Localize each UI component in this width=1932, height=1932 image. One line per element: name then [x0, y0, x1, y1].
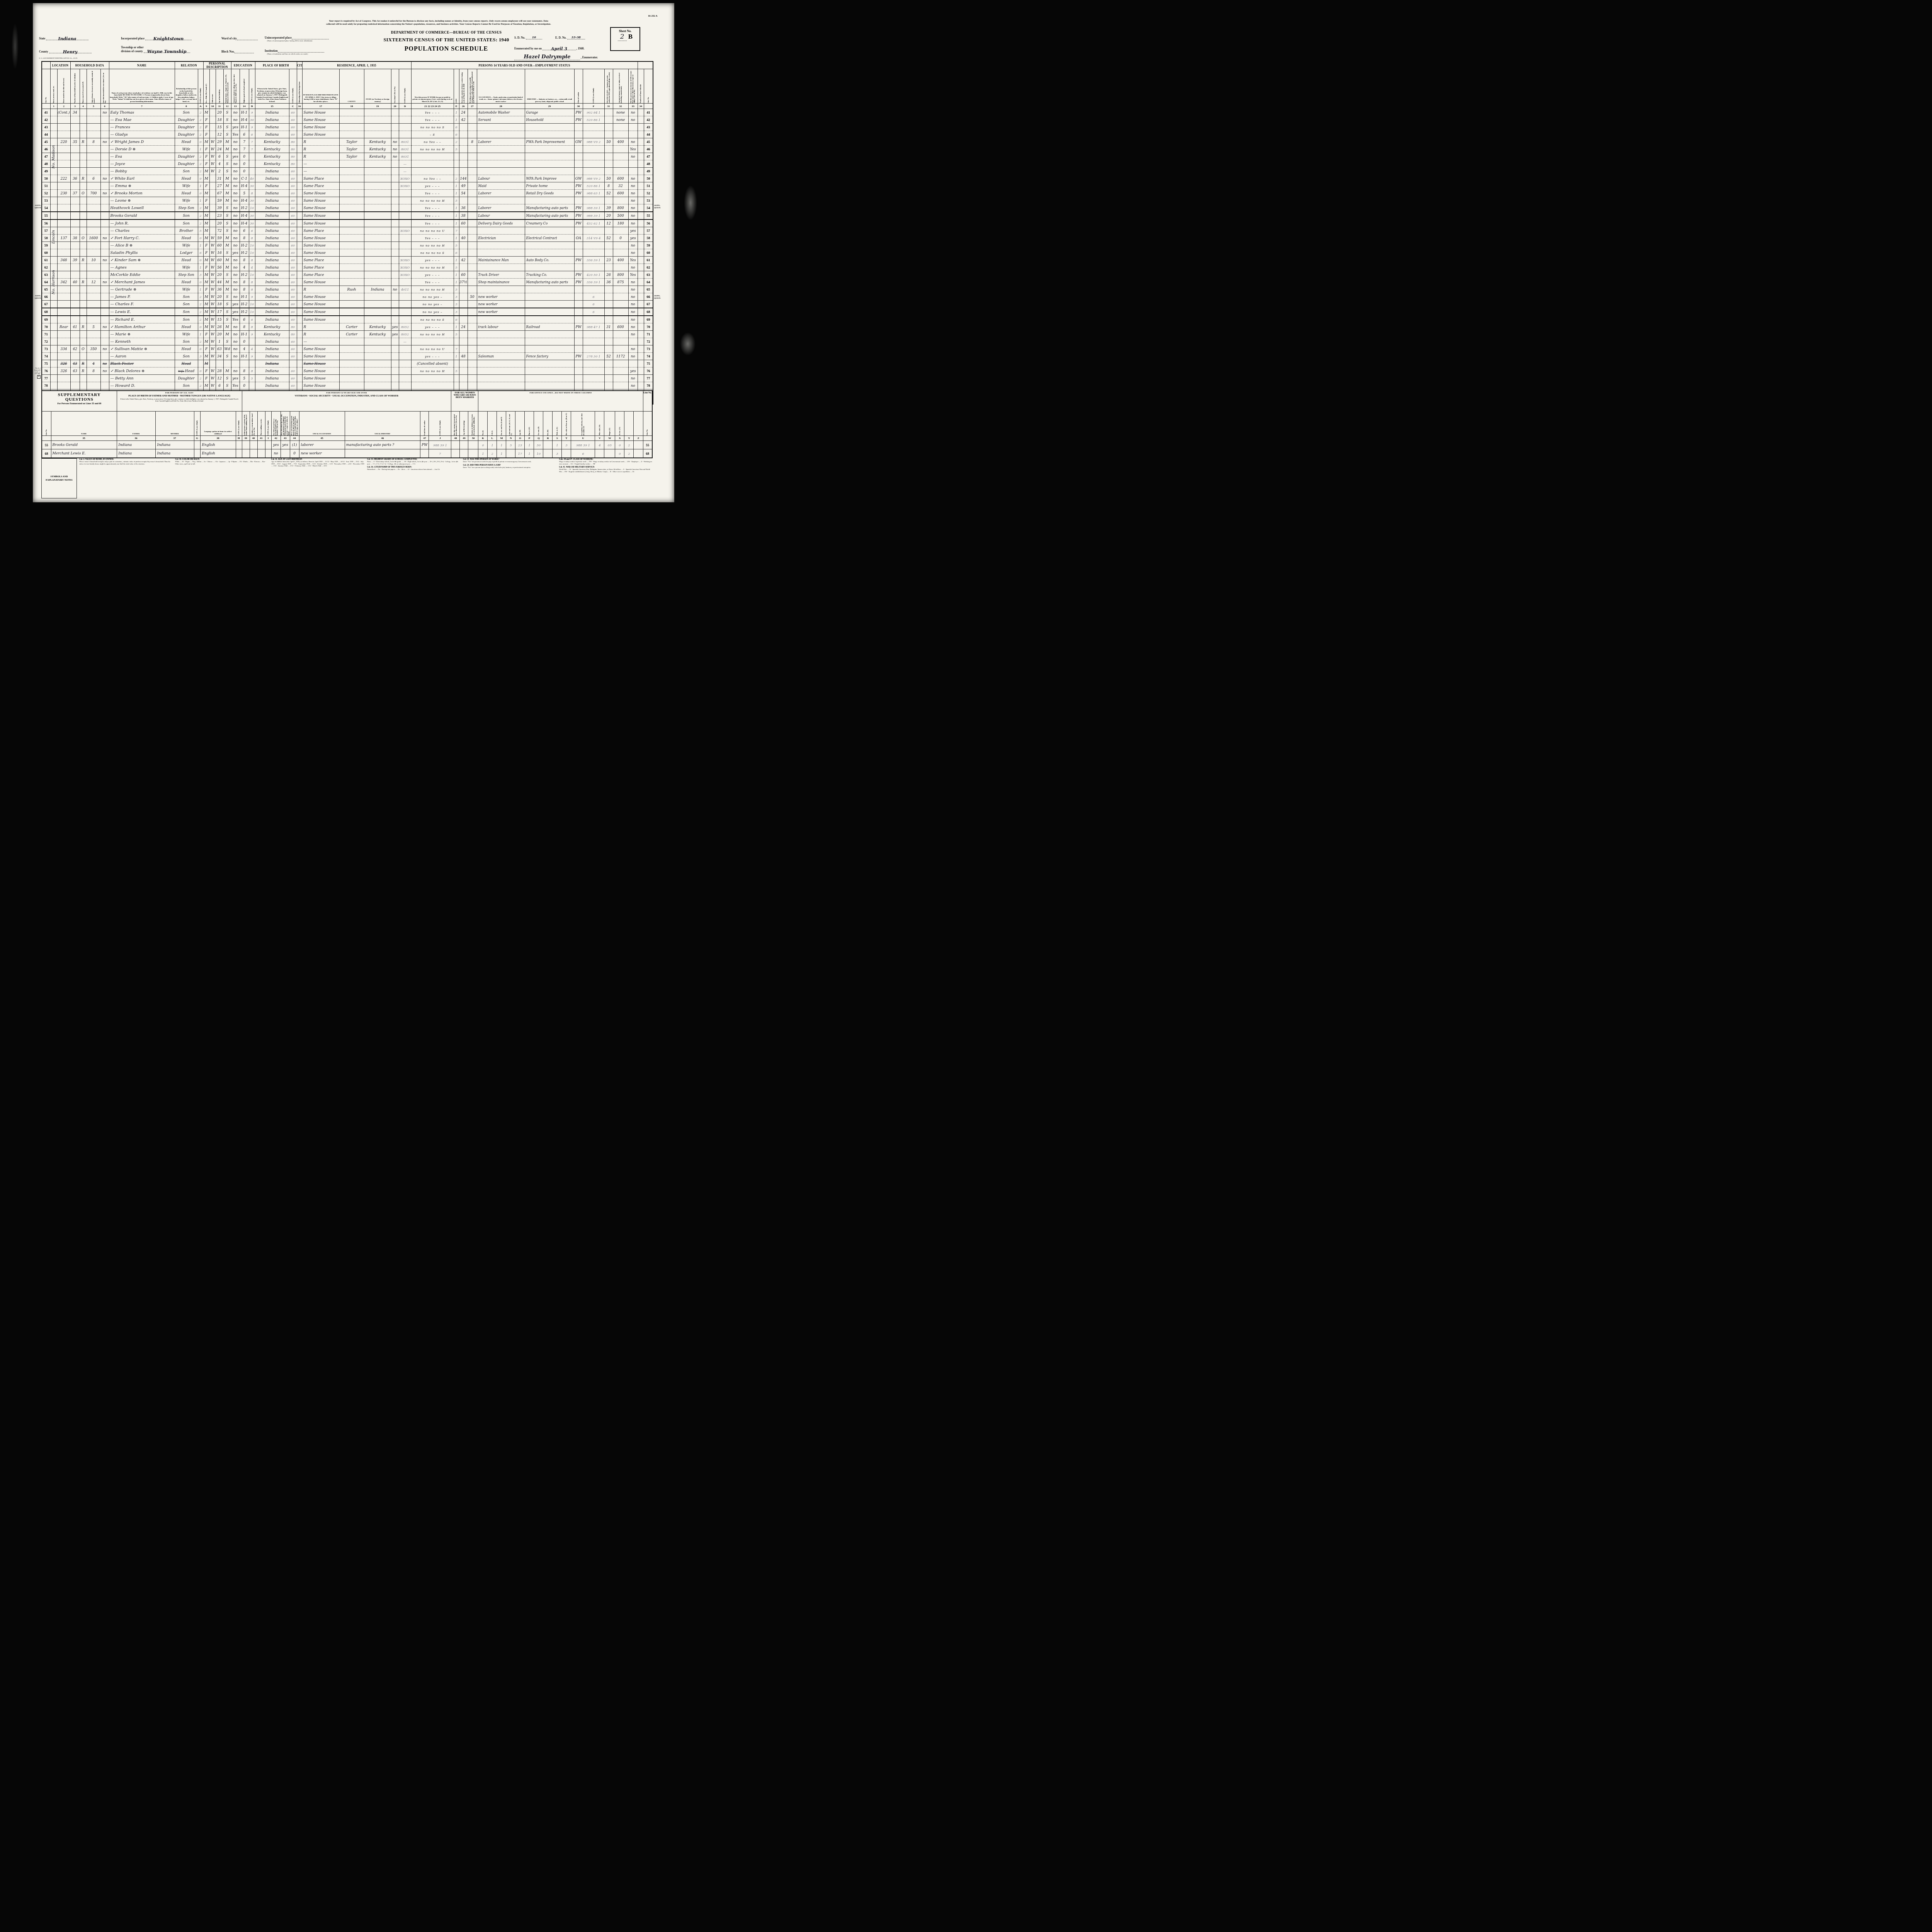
cell-f: [100, 249, 109, 257]
cell-lnr: 56: [644, 219, 653, 227]
cell-oi: [628, 160, 638, 168]
cell-ec: 1: [454, 353, 459, 360]
cell-m: S: [223, 271, 231, 279]
column-number: 29: [525, 104, 574, 109]
cell-age: 27: [216, 182, 223, 190]
cell-ind: [525, 375, 574, 382]
cell-r: W: [209, 279, 216, 286]
cell-rst: [364, 212, 391, 219]
column-number: 15: [255, 104, 289, 109]
supp-row: 68Merchant Lewis E.IndianaIndianaEnglish…: [42, 449, 652, 458]
cell-ind: [525, 227, 574, 235]
cell-grc: 8: [249, 286, 255, 293]
cell-fs: [638, 345, 644, 353]
cell-fs: [638, 316, 644, 323]
supp-column-number: U: [571, 436, 595, 441]
supp-column-label: If so, were deductions made from (1) all…: [290, 412, 299, 436]
cell-oi: no: [628, 190, 638, 197]
cell-v: [87, 182, 100, 190]
cell-ec: [454, 168, 459, 175]
cell-sx: M: [203, 323, 209, 331]
cell-name: Brooks Gerald: [109, 212, 175, 219]
cell-ln: 58: [42, 235, 50, 242]
column-number: [644, 104, 653, 109]
cell-cl: [574, 264, 583, 271]
cell-hh: 41: [70, 323, 80, 331]
cell-ln: 59: [42, 242, 50, 249]
cell-gr: 0: [240, 382, 249, 389]
cell-cl: [574, 146, 583, 153]
cell-cit: [297, 138, 302, 146]
cell-rcd: [399, 353, 411, 360]
cell-f: no: [100, 360, 109, 367]
cell-rco: [339, 367, 364, 375]
cell-cf: [583, 316, 604, 323]
cell-bpc: 60: [289, 293, 297, 301]
cell-name: ✓ Brooks Morton: [109, 190, 175, 197]
column-number: 34: [638, 104, 644, 109]
cell-age: 28: [216, 367, 223, 375]
supp-cell-V: [595, 449, 604, 458]
cell-oc: [477, 227, 525, 235]
cell-oc: [477, 331, 525, 338]
cell-mk: Yes – – –: [411, 109, 454, 116]
supp-column-label: Is this person a veteran of the United S…: [242, 412, 250, 436]
column-label-mk: Was this person AT WORK for pay or profi…: [411, 69, 454, 104]
table-row: 42— Eva MaeDaughter2F18SnoH-430Indiana60…: [42, 116, 653, 124]
cell-m: M: [223, 190, 231, 197]
column-group: PLACE OF BIRTH: [255, 61, 297, 69]
cell-cf: [583, 331, 604, 338]
cell-r: [209, 197, 216, 204]
cell-st: [50, 353, 57, 360]
cell-age: 2: [216, 168, 223, 175]
cell-ln: 71: [42, 331, 50, 338]
cell-fs: [638, 293, 644, 301]
cell-rc: 2: [198, 131, 203, 138]
supp-column-number: Q: [534, 436, 543, 441]
cell-v: [87, 204, 100, 212]
cell-rcd: [399, 242, 411, 249]
cell-oi: no: [628, 293, 638, 301]
cell-bpc: 60: [289, 279, 297, 286]
cell-rf: [391, 271, 399, 279]
cell-oc: [477, 375, 525, 382]
cell-ind: Creamery Co: [525, 219, 574, 227]
cell-age: 24: [216, 146, 223, 153]
cell-r: [209, 219, 216, 227]
cell-fs: [638, 160, 644, 168]
cell-name: — Gladys: [109, 131, 175, 138]
cell-wg: [613, 242, 628, 249]
cell-cf: [583, 286, 604, 293]
cell-grc: 40: [249, 175, 255, 182]
cell-age: 56: [216, 264, 223, 271]
cell-cl: [574, 293, 583, 301]
cell-rcd: 8031: [399, 146, 411, 153]
cell-sch: no: [231, 219, 240, 227]
cell-r: W: [209, 301, 216, 308]
cell-cit: [297, 116, 302, 124]
cell-rco: Taylor: [339, 153, 364, 160]
cell-sx: M: [203, 175, 209, 182]
suppl-quest-tag: SUPPL. QUEST.: [33, 295, 41, 299]
cell-lnr: 55: [644, 212, 653, 219]
cell-rc: 0: [198, 345, 203, 353]
column-label-h: House number (in cities and towns): [57, 69, 70, 104]
column-number: 31: [604, 104, 613, 109]
cell-t: R: [80, 257, 87, 264]
cell-rel: Son: [175, 301, 198, 308]
street-name: No. Madison: [50, 136, 57, 178]
cell-age: 60: [216, 257, 223, 264]
cell-rc: 1: [198, 264, 203, 271]
cell-rco: [339, 293, 364, 301]
cell-gr: 6: [240, 316, 249, 323]
cell-du: [468, 219, 477, 227]
cell-ind: [525, 124, 574, 131]
cell-rel: Wife: [175, 331, 198, 338]
cell-du: 8: [468, 138, 477, 146]
cell-hr: [459, 249, 468, 257]
cell-sx: F: [203, 345, 209, 353]
cell-h: Rear: [57, 323, 70, 331]
cell-sch: no: [231, 242, 240, 249]
cell-grc: 6: [249, 131, 255, 138]
cell-t: [80, 146, 87, 153]
cell-hr: [459, 360, 468, 367]
cell-oi: no: [628, 301, 638, 308]
cell-du: [468, 146, 477, 153]
cell-rst: [364, 338, 391, 345]
supp-cell-cls: [420, 449, 429, 458]
cell-bp: Indiana: [255, 382, 289, 389]
cell-wk: [604, 293, 613, 301]
column-label-gr: Highest grade of school completed: [240, 69, 249, 104]
note-block: Col. 21. WAS THIS PERSON AT WORK?Enter “…: [463, 458, 556, 463]
column-label-cit: Citizenship of the foreign born: [297, 69, 302, 104]
cell-h: [57, 271, 70, 279]
supp-column-label: Ten (4): [478, 412, 488, 436]
cell-hr: 144: [459, 175, 468, 182]
cell-cit: [297, 249, 302, 257]
cell-cl: [574, 124, 583, 131]
cell-m: M: [223, 242, 231, 249]
cell-ln: 64: [42, 279, 50, 286]
cell-sch: no: [231, 204, 240, 212]
cell-grc: 4: [249, 345, 255, 353]
cell-sch: no: [231, 323, 240, 331]
cell-rst: [364, 375, 391, 382]
cell-mk: Yes – – –: [411, 279, 454, 286]
cell-v: [87, 116, 100, 124]
cell-cf: 988 V9 2: [583, 175, 604, 182]
cell-bp: Kentucky: [255, 138, 289, 146]
cell-r: [209, 182, 216, 190]
cell-cit: [297, 242, 302, 249]
gpo-imprint: U. S. GOVERNMENT PRINTING OFFICE 16—1157…: [39, 57, 77, 59]
column-group: PERSONS 14 YEARS OLD AND OVER—EMPLOYMENT…: [411, 61, 638, 69]
cell-f: [100, 242, 109, 249]
cell-ln: 43: [42, 124, 50, 131]
cell-bpc: 60: [289, 219, 297, 227]
cell-t: [80, 227, 87, 235]
cell-m: S: [223, 168, 231, 175]
cell-du: [468, 375, 477, 382]
column-number: F: [583, 104, 604, 109]
street-name: Lincoln: [50, 226, 57, 247]
cell-name: ✓ Fort Harry C.: [109, 235, 175, 242]
cell-cit: [297, 264, 302, 271]
cell-sch: no: [231, 109, 240, 116]
cell-m: M: [223, 138, 231, 146]
cell-wk: [604, 131, 613, 138]
cell-rel: Head: [175, 323, 198, 331]
cell-rel: Head: [175, 345, 198, 353]
cell-rcd: XOXO: [399, 271, 411, 279]
cell-wk: [604, 308, 613, 316]
cell-f: no: [100, 235, 109, 242]
cell-rco: [339, 160, 364, 168]
cell-rcd: [399, 197, 411, 204]
cell-bp: Indiana: [255, 308, 289, 316]
note-block: Cols. 30 and 47. CLASS OF WORKER:Wage or…: [559, 458, 653, 465]
census-sheet: Your report is required by Act of Congre…: [33, 3, 674, 502]
cell-r: W: [209, 382, 216, 389]
cell-hh: [70, 146, 80, 153]
cell-bpc: 60: [289, 345, 297, 353]
column-group: NAME: [109, 61, 175, 69]
cell-t: [80, 197, 87, 204]
cell-f: [100, 146, 109, 153]
cell-hr: 60: [459, 271, 468, 279]
cell-ind: [525, 382, 574, 389]
column-group: HOUSEHOLD DATA: [70, 61, 109, 69]
cell-cf: 6: [583, 308, 604, 316]
cell-t: [80, 109, 87, 116]
cell-res: Same House: [302, 367, 339, 375]
cell-rc: 2: [198, 153, 203, 160]
cell-bpc: 60: [289, 257, 297, 264]
cell-hr: 40: [459, 235, 468, 242]
cell-h: [57, 212, 70, 219]
cell-sx: M: [203, 257, 209, 264]
cell-name: Heathcock Lowell: [109, 204, 175, 212]
cell-f: [100, 153, 109, 160]
cell-du: [468, 286, 477, 293]
cell-res: Same House: [302, 308, 339, 316]
cell-oi: no: [628, 353, 638, 360]
cell-r: W: [209, 293, 216, 301]
cell-ln: 51: [42, 182, 50, 190]
cell-hh: [70, 249, 80, 257]
cell-sch: no: [231, 212, 240, 219]
supp-column-number: X: [615, 436, 624, 441]
cell-cit: [297, 293, 302, 301]
sheet-value: 2: [618, 33, 627, 41]
cell-rcd: [399, 308, 411, 316]
cell-lnr: 43: [644, 124, 653, 131]
cell-wg: 600: [613, 175, 628, 182]
cell-sch: no: [231, 293, 240, 301]
column-label-rf: On a farm? (Yes or No): [391, 69, 399, 104]
cell-f: [100, 316, 109, 323]
column-label-wk: INCOME IN 1939 — Number of weeks worked …: [604, 69, 613, 104]
cell-h: 222: [57, 175, 70, 182]
cell-sch: no: [231, 168, 240, 175]
cell-ec: 3: [454, 308, 459, 316]
supp-column-label: Cit. (16): [543, 412, 553, 436]
cell-grc: 30: [249, 197, 255, 204]
supp-column-number: 37: [155, 436, 194, 441]
cell-rf: [391, 375, 399, 382]
cell-mk: no no no no H: [411, 242, 454, 249]
cell-wg: 800: [613, 204, 628, 212]
cell-t: [80, 308, 87, 316]
cell-oc: track labour: [477, 323, 525, 331]
cell-sch: no: [231, 286, 240, 293]
cell-cf: [583, 375, 604, 382]
cell-rst: [364, 235, 391, 242]
cell-hh: [70, 124, 80, 131]
cell-hh: [70, 212, 80, 219]
cell-mk: Yes – – –: [411, 219, 454, 227]
supp-cell-U: 988 39 1: [571, 441, 595, 449]
cell-rf: [391, 382, 399, 389]
cell-gr: H-2: [240, 204, 249, 212]
cell-ec: 5: [454, 331, 459, 338]
cell-wk: [604, 286, 613, 293]
supp-column-number: P: [525, 436, 534, 441]
cell-wk: 52: [604, 235, 613, 242]
cell-rc: 2: [198, 124, 203, 131]
cell-lnr: 66: [644, 293, 653, 301]
cell-ind: [525, 293, 574, 301]
cell-bp: Indiana: [255, 338, 289, 345]
cell-gr: 6: [240, 131, 249, 138]
column-group: EDUCATION: [231, 61, 255, 69]
cell-hr: [459, 286, 468, 293]
supp-column-number: K: [478, 436, 488, 441]
cell-r: W: [209, 286, 216, 293]
supp-cell-w48: [451, 441, 460, 449]
cell-age: 4: [216, 160, 223, 168]
cell-rcd: [399, 360, 411, 367]
cell-sch: no: [231, 197, 240, 204]
cell-ec: [454, 338, 459, 345]
column-number: 30: [574, 104, 583, 109]
cell-rcd: [399, 204, 411, 212]
supp-cell-w48: [451, 449, 460, 458]
table-row: 62— AgnesWife1FW56Mno44Indiana60Same Pla…: [42, 264, 653, 271]
cell-t: [80, 153, 87, 160]
cell-gr: H-4: [240, 197, 249, 204]
cell-sx: F: [203, 160, 209, 168]
cell-r: [209, 124, 216, 131]
cell-rf: [391, 131, 399, 138]
cell-rcd: [399, 190, 411, 197]
cell-oi: yes: [628, 367, 638, 375]
cell-gr: 0: [240, 160, 249, 168]
cell-wk: [604, 345, 613, 353]
cell-rc: 6: [198, 249, 203, 257]
cell-h: [57, 197, 70, 204]
cell-rst: [364, 190, 391, 197]
cell-rel: Wife: [175, 146, 198, 153]
cell-t: [80, 219, 87, 227]
cell-t: O: [80, 345, 87, 353]
cell-cl: PW: [574, 271, 583, 279]
cell-f: [100, 182, 109, 190]
cell-wg: [613, 131, 628, 138]
cell-f: [100, 197, 109, 204]
cell-oi: no: [628, 197, 638, 204]
cell-f: no: [100, 138, 109, 146]
cell-gr: 8: [240, 367, 249, 375]
cell-v: [87, 109, 100, 116]
cell-cf: [583, 227, 604, 235]
cell-name: — Eva: [109, 153, 175, 160]
cell-rf: no: [391, 153, 399, 160]
supp-cell-P: 1: [525, 441, 534, 449]
cell-sch: yes: [231, 153, 240, 160]
cell-du: [468, 308, 477, 316]
supp-column-number: 42: [271, 436, 281, 441]
incorporated-place-field: Incorporated place Knightstown: [121, 36, 192, 40]
cell-gr: 7: [240, 138, 249, 146]
cell-sch: [231, 360, 240, 367]
cell-name: — Marie ⊗: [109, 331, 175, 338]
cell-rf: yes: [391, 323, 399, 331]
cell-du: [468, 338, 477, 345]
cell-hh: [70, 197, 80, 204]
table-row: 65— Gertrude ⊗Wife1FW36Mno88Indiana60RRu…: [42, 286, 653, 293]
cell-rc: 2: [198, 382, 203, 389]
column-number: 32: [613, 104, 628, 109]
cell-lnr: 51: [644, 182, 653, 190]
cell-hh: [70, 271, 80, 279]
cell-v: 350: [87, 345, 100, 353]
cell-du: [468, 382, 477, 389]
supp-cell-L: 1: [488, 441, 497, 449]
cell-hh: 36: [70, 175, 80, 182]
cell-m: S: [223, 308, 231, 316]
notes-column: Col. 2. VALUE OF HOME, IF OWNED:Where ow…: [79, 458, 173, 498]
cell-bpc: 60: [289, 382, 297, 389]
cell-rel: Step Son: [175, 271, 198, 279]
township-value: Wayne Township: [147, 49, 187, 54]
cell-h: [57, 204, 70, 212]
cell-cf: 988 39 1: [583, 212, 604, 219]
cell-age: 20: [216, 109, 223, 116]
cell-rf: no: [391, 286, 399, 293]
cell-age: 44: [216, 279, 223, 286]
cell-oi: Yes: [628, 146, 638, 153]
cell-gr: H-4: [240, 212, 249, 219]
cell-cl: PW: [574, 257, 583, 264]
cell-oc: [477, 345, 525, 353]
supp-column-label: Age at first marriage: [460, 412, 468, 436]
cell-ind: [525, 360, 574, 367]
supp-cell-lang: English: [200, 441, 236, 449]
cell-v: [87, 382, 100, 389]
cell-st: [50, 338, 57, 345]
cell-lnr: 62: [644, 264, 653, 271]
cell-t: O: [80, 190, 87, 197]
cell-t: O: [80, 235, 87, 242]
cell-wg: 32: [613, 182, 628, 190]
cell-rf: [391, 219, 399, 227]
